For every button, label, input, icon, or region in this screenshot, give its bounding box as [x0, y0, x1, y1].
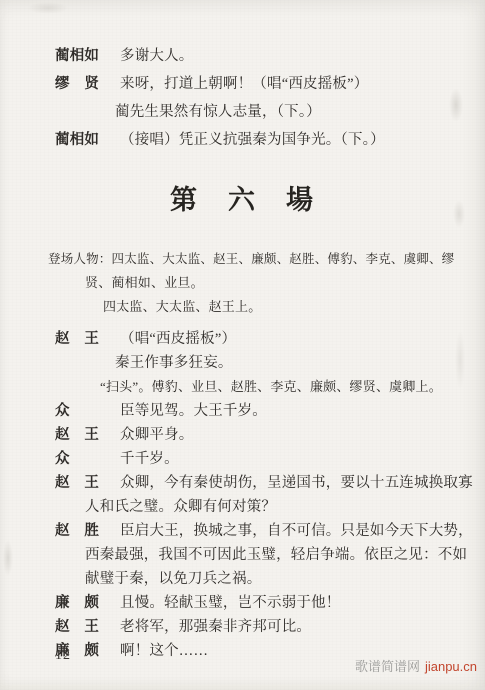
script-line: 登场人物：四太监、大太监、赵王、廉颇、赵胜、傅豹、李克、虞卿、缪 [0, 247, 485, 271]
script-line: 献璧于秦，以免刀兵之祸。 [0, 567, 485, 591]
line-text: 登场人物：四太监、大太监、赵王、廉颇、赵胜、傅豹、李克、虞卿、缪 [48, 252, 454, 266]
cast-list-block: 登场人物：四太监、大太监、赵王、廉颇、赵胜、傅豹、李克、虞卿、缪贤、蔺相如、业旦… [0, 247, 485, 319]
speaker-name: 蔺相如 [55, 126, 120, 154]
page-number: 12 [55, 648, 71, 664]
speaker-name: 赵 胜 [55, 519, 120, 543]
scanned-script-page: 蔺相如多谢大人。缪 贤来呀，打道上朝啊！（唱“西皮摇板”）蔺先生果然有惊人志量，… [0, 0, 485, 690]
script-line: 蔺相如多谢大人。 [0, 42, 485, 70]
scene-title: 第 六 場 [0, 178, 485, 217]
scene-dialogue-block: 赵 王（唱“西皮摇板”）秦王作事多狂妄。“扫头”。傅豹、业旦、赵胜、李克、廉颇、… [0, 327, 485, 663]
script-line: 人和氏之璧。众卿有何对策？ [0, 495, 485, 519]
script-line: 赵 胜臣启大王，换城之事，自不可信。只是如今天下大势， [0, 519, 485, 543]
watermark-site-url: jianpu.cn [425, 659, 477, 674]
speaker-name: 赵 王 [55, 471, 120, 495]
line-text: 臣启大王，换城之事，自不可信。只是如今天下大势， [120, 523, 473, 539]
script-line: 蔺相如（接唱）凭正义抗强秦为国争光。（下。） [0, 126, 485, 154]
script-line: 赵 王众卿平身。 [0, 423, 485, 447]
script-line: 廉 颇且慢。轻献玉璧，岂不示弱于他！ [0, 591, 485, 615]
speaker-name: 众 [55, 447, 120, 471]
line-text: 众卿平身。 [120, 427, 194, 443]
speaker-name: 众 [55, 399, 120, 423]
line-text: 人和氏之璧。众卿有何对策？ [85, 499, 276, 515]
speaker-name: 赵 王 [55, 615, 120, 639]
script-line: 西秦最强，我国不可因此玉璧，轻启争端。依臣之见：不如 [0, 543, 485, 567]
script-line: “扫头”。傅豹、业旦、赵胜、李克、廉颇、缪贤、虞卿上。 [0, 375, 485, 399]
line-text: 献璧于秦，以免刀兵之祸。 [85, 571, 261, 587]
top-dialogue-block: 蔺相如多谢大人。缪 贤来呀，打道上朝啊！（唱“西皮摇板”）蔺先生果然有惊人志量，… [0, 0, 485, 154]
line-text: 四太监、大太监、赵王上。 [103, 299, 261, 314]
line-text: 来呀，打道上朝啊！（唱“西皮摇板”） [120, 76, 368, 92]
line-text: （唱“西皮摇板”） [120, 331, 236, 347]
speaker-name: 缪 贤 [55, 70, 120, 98]
line-text: 且慢。轻献玉璧，岂不示弱于他！ [120, 595, 341, 611]
script-line: 秦王作事多狂妄。 [0, 351, 485, 375]
line-text: 贤、蔺相如、业旦。 [85, 275, 204, 290]
line-text: “扫头”。傅豹、业旦、赵胜、李克、廉颇、缪贤、虞卿上。 [100, 379, 442, 394]
script-line: 四太监、大太监、赵王上。 [0, 295, 485, 319]
script-line: 众千千岁。 [0, 447, 485, 471]
script-line: 赵 王众卿，今有秦使胡伤，呈递国书，要以十五连城换取寡 [0, 471, 485, 495]
speaker-name: 廉 颇 [55, 591, 120, 615]
line-text: 老将军，那强秦非齐邦可比。 [120, 619, 311, 635]
line-text: 秦王作事多狂妄。 [115, 355, 233, 371]
line-text: 啊！这个…… [120, 643, 208, 659]
line-text: 千千岁。 [120, 451, 179, 467]
line-text: 蔺先生果然有惊人志量，（下。） [115, 104, 321, 120]
line-text: 西秦最强，我国不可因此玉璧，轻启争端。依臣之见：不如 [85, 547, 467, 563]
speaker-name: 赵 王 [55, 423, 120, 447]
script-line: 赵 王老将军，那强秦非齐邦可比。 [0, 615, 485, 639]
script-line: 蔺先生果然有惊人志量，（下。） [0, 98, 485, 126]
line-text: （接唱）凭正义抗强秦为国争光。（下。） [120, 132, 385, 148]
line-text: 臣等见驾。大王千岁。 [120, 403, 267, 419]
speaker-name: 蔺相如 [55, 42, 120, 70]
line-text: 多谢大人。 [120, 48, 194, 64]
watermark: 歌谱简谱网jianpu.cn [355, 656, 477, 675]
script-line: 缪 贤来呀，打道上朝啊！（唱“西皮摇板”） [0, 70, 485, 98]
script-line: 众臣等见驾。大王千岁。 [0, 399, 485, 423]
line-text: 众卿，今有秦使胡伤，呈递国书，要以十五连城换取寡 [120, 475, 473, 491]
script-line: 贤、蔺相如、业旦。 [0, 271, 485, 295]
script-line: 赵 王（唱“西皮摇板”） [0, 327, 485, 351]
speaker-name: 赵 王 [55, 327, 120, 351]
watermark-site-name: 歌谱简谱网 [355, 659, 420, 674]
